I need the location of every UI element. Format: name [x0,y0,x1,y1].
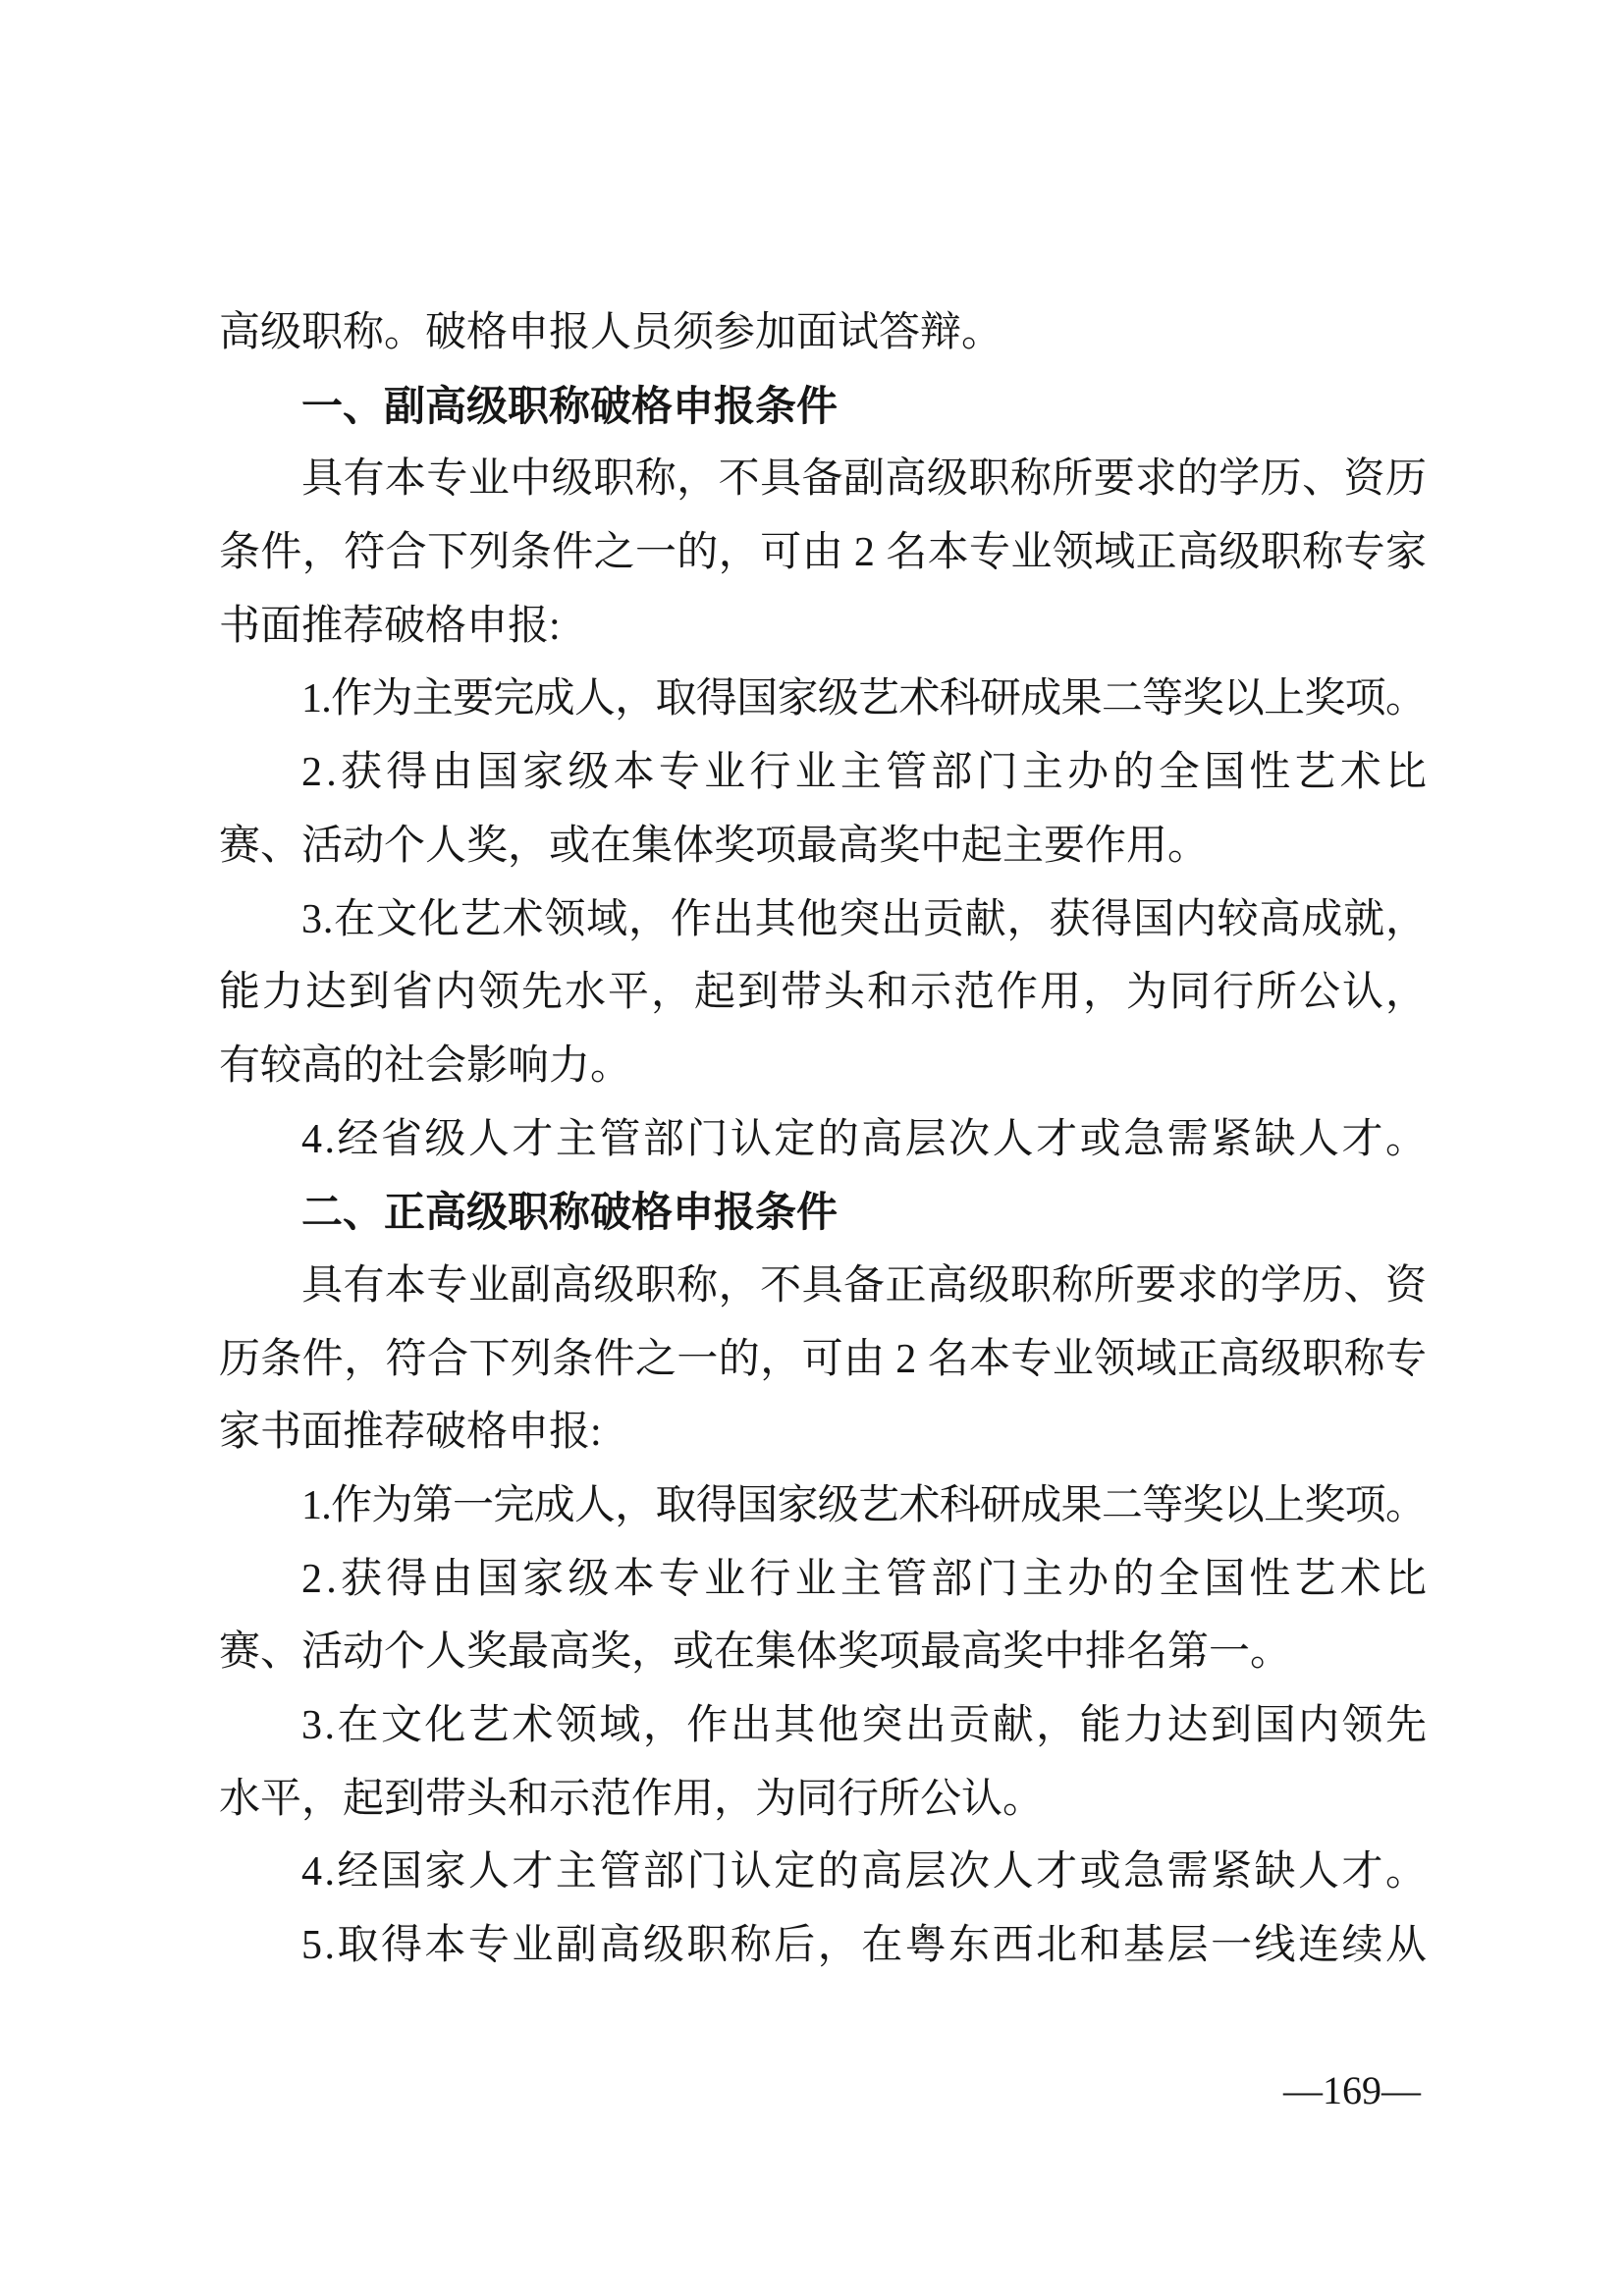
line-text: 一、副高级职称破格申报条件 [301,383,838,429]
body-text-line: 历条件，符合下列条件之一的，可由 2 名本专业领域正高级职称专 [219,1323,1427,1397]
body-text-line: 赛、活动个人奖最高奖，或在集体奖项最高奖中排名第一。 [219,1616,1427,1689]
body-text-line: 具有本专业副高级职称，不具备正高级职称所要求的学历、资 [219,1250,1427,1323]
line-text: 赛、活动个人奖最高奖，或在集体奖项最高奖中排名第一。 [219,1629,1291,1675]
line-text: 5.取得本专业副高级职称后，在粤东西北和基层一线连续从 [301,1923,1429,1968]
line-text: 赛、活动个人奖，或在集体奖项最高奖中起主要作用。 [219,824,1209,869]
line-text: 二、正高级职称破格申报条件 [301,1189,838,1235]
body-text-line: 4.经国家人才主管部门认定的高层次人才或急需紧缺人才。 [219,1836,1427,1909]
body-text-line: 1.作为主要完成人，取得国家级艺术科研成果二等奖以上奖项。 [219,663,1427,736]
body-text-line: 2.获得由国家级本专业行业主管部门主办的全国性艺术比 [219,1543,1427,1617]
body-text-line: 赛、活动个人奖，或在集体奖项最高奖中起主要作用。 [219,810,1427,883]
line-text: 高级职称。破格申报人员须参加面试答辩。 [219,310,1002,355]
line-text: 能力达到省内领先水平，起到带头和示范作用，为同行所公认， [219,970,1429,1015]
line-text: 家书面推荐破格申报: [219,1410,602,1455]
body-text-line: 家书面推荐破格申报: [219,1396,1427,1469]
line-text: 4.经国家人才主管部门认定的高层次人才或急需紧缺人才。 [301,1849,1429,1895]
body-text-line: 具有本专业中级职称，不具备副高级职称所要求的学历、资历 [219,443,1427,516]
line-text: 2.获得由国家级本专业行业主管部门主办的全国性艺术比 [301,750,1431,795]
body-text-line: 2.获得由国家级本专业行业主管部门主办的全国性艺术比 [219,736,1427,810]
line-text: 3.在文化艺术领域，作出其他突出贡献，获得国内较高成就， [301,897,1428,942]
line-text: 历条件，符合下列条件之一的，可由 2 名本专业领域正高级职称专 [219,1337,1427,1382]
body-text-line: 书面推荐破格申报: [219,590,1427,664]
body-text-line: 条件，符合下列条件之一的，可由 2 名本专业领域正高级职称专家 [219,516,1427,590]
section-heading: 一、副高级职称破格申报条件 [219,370,1427,444]
body-text-line: 5.取得本专业副高级职称后，在粤东西北和基层一线连续从 [219,1909,1427,1983]
page-number: —169— [1283,2067,1421,2114]
line-text: 有较高的社会影响力。 [219,1043,631,1089]
section-heading: 二、正高级职称破格申报条件 [219,1176,1427,1250]
line-text: 具有本专业中级职称，不具备副高级职称所要求的学历、资历 [301,456,1427,502]
body-text-line: 水平，起到带头和示范作用，为同行所公认。 [219,1763,1427,1837]
line-text: 3.在文化艺术领域，作出其他突出贡献，能力达到国内领先 [301,1703,1429,1748]
body-text-line: 3.在文化艺术领域，作出其他突出贡献，能力达到国内领先 [219,1689,1427,1763]
line-text: 2.获得由国家级本专业行业主管部门主办的全国性艺术比 [301,1557,1431,1602]
document-body: 高级职称。破格申报人员须参加面试答辩。一、副高级职称破格申报条件具有本专业中级职… [219,296,1427,1983]
document-page: 高级职称。破格申报人员须参加面试答辩。一、副高级职称破格申报条件具有本专业中级职… [0,0,1624,2296]
line-text: 1.作为主要完成人，取得国家级艺术科研成果二等奖以上奖项。 [301,676,1426,721]
line-text: 书面推荐破格申报: [219,604,561,649]
body-text-line: 4.经省级人才主管部门认定的高层次人才或急需紧缺人才。 [219,1103,1427,1177]
body-text-line: 能力达到省内领先水平，起到带头和示范作用，为同行所公认， [219,956,1427,1030]
body-text-line: 3.在文化艺术领域，作出其他突出贡献，获得国内较高成就， [219,883,1427,957]
line-text: 4.经省级人才主管部门认定的高层次人才或急需紧缺人才。 [301,1117,1429,1162]
line-text: 1.作为第一完成人，取得国家级艺术科研成果二等奖以上奖项。 [301,1483,1426,1528]
line-text: 水平，起到带头和示范作用，为同行所公认。 [219,1777,1044,1822]
line-text: 具有本专业副高级职称，不具备正高级职称所要求的学历、资 [301,1263,1427,1308]
line-text: 条件，符合下列条件之一的，可由 2 名本专业领域正高级职称专家 [219,530,1427,575]
body-text-line: 有较高的社会影响力。 [219,1030,1427,1103]
body-text-line: 1.作为第一完成人，取得国家级艺术科研成果二等奖以上奖项。 [219,1469,1427,1543]
body-text-line: 高级职称。破格申报人员须参加面试答辩。 [219,296,1427,370]
